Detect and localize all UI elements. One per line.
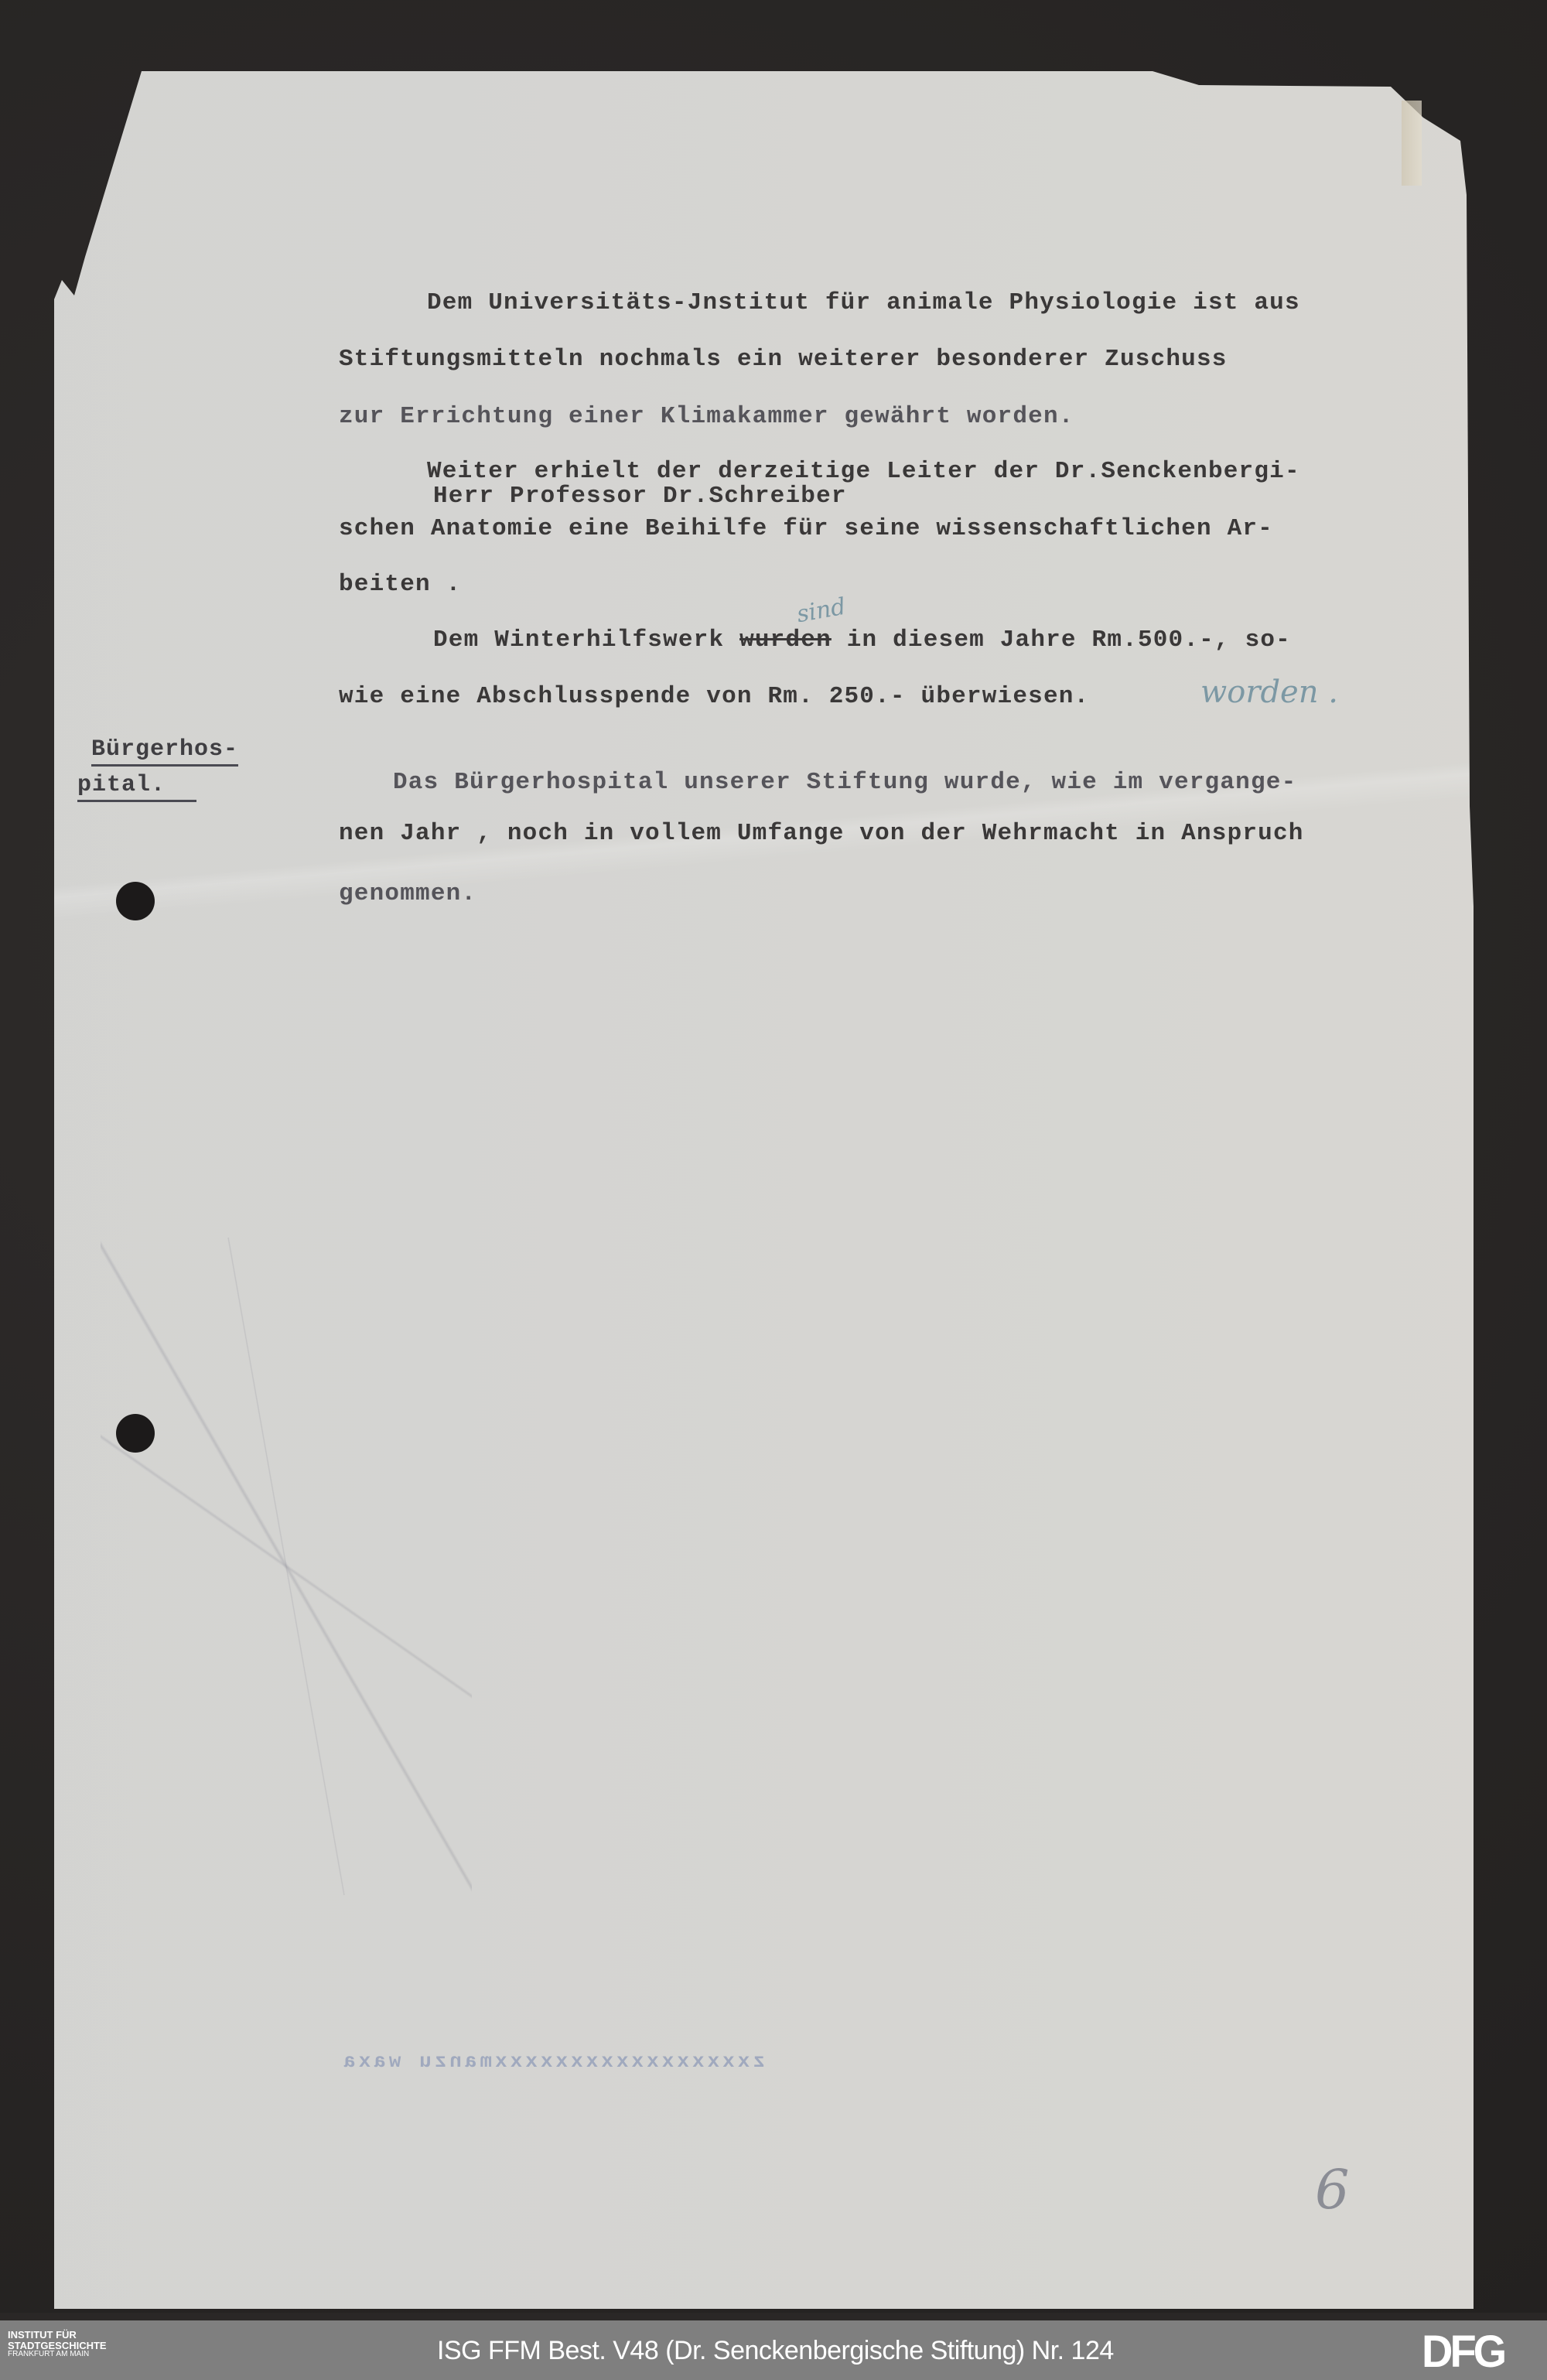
archive-footer: INSTITUT FÜR STADTGESCHICHTE FRANKFURT A… (0, 2320, 1547, 2380)
page-number: 6 (1315, 2158, 1350, 2221)
text-line: Das Bürgerhospital unserer Stiftung wurd… (393, 769, 1296, 796)
text-line: schen Anatomie eine Beihilfe für seine w… (339, 515, 1273, 542)
text-line: zur Errichtung einer Klimakammer gewährt… (339, 403, 1074, 430)
mirrored-offset-text: zxxxxxxxxxxxxxxxxxmanzu waxa (340, 2050, 765, 2073)
text-line: beiten . (339, 571, 461, 598)
archive-citation: ISG FFM Best. V48 (Dr. Senckenbergische … (437, 2336, 1114, 2366)
text-line: Dem Winterhilfswerk wurden in diesem Jah… (433, 627, 1291, 654)
struck-word: wurden (739, 627, 832, 654)
margin-heading: Bürgerhos- (91, 736, 238, 767)
text-line: Stiftungsmitteln nochmals ein weiterer b… (339, 346, 1228, 373)
text-line: Weiter erhielt der derzeitige Leiter der… (427, 458, 1300, 485)
folded-corner (1402, 101, 1422, 186)
punch-hole-bottom (116, 1414, 155, 1453)
institution-logo: INSTITUT FÜR STADTGESCHICHTE FRANKFURT A… (8, 2330, 107, 2359)
text-line: genommen. (339, 880, 476, 907)
text-line: wie eine Abschlusspende von Rm. 250.- üb… (339, 683, 1089, 710)
text-line: nen Jahr , noch in vollem Umfange von de… (339, 820, 1304, 847)
handwritten-addition: worden . (1200, 674, 1338, 710)
text-line-interlinear: Herr Professor Dr.Schreiber (433, 483, 847, 510)
dfg-logo: DFG (1422, 2329, 1504, 2375)
punch-hole-top (116, 882, 155, 920)
pencil-scratches (101, 1238, 472, 1895)
text-line: Dem Universitäts-Jnstitut für animale Ph… (427, 289, 1300, 316)
margin-heading: pital. (77, 772, 196, 802)
